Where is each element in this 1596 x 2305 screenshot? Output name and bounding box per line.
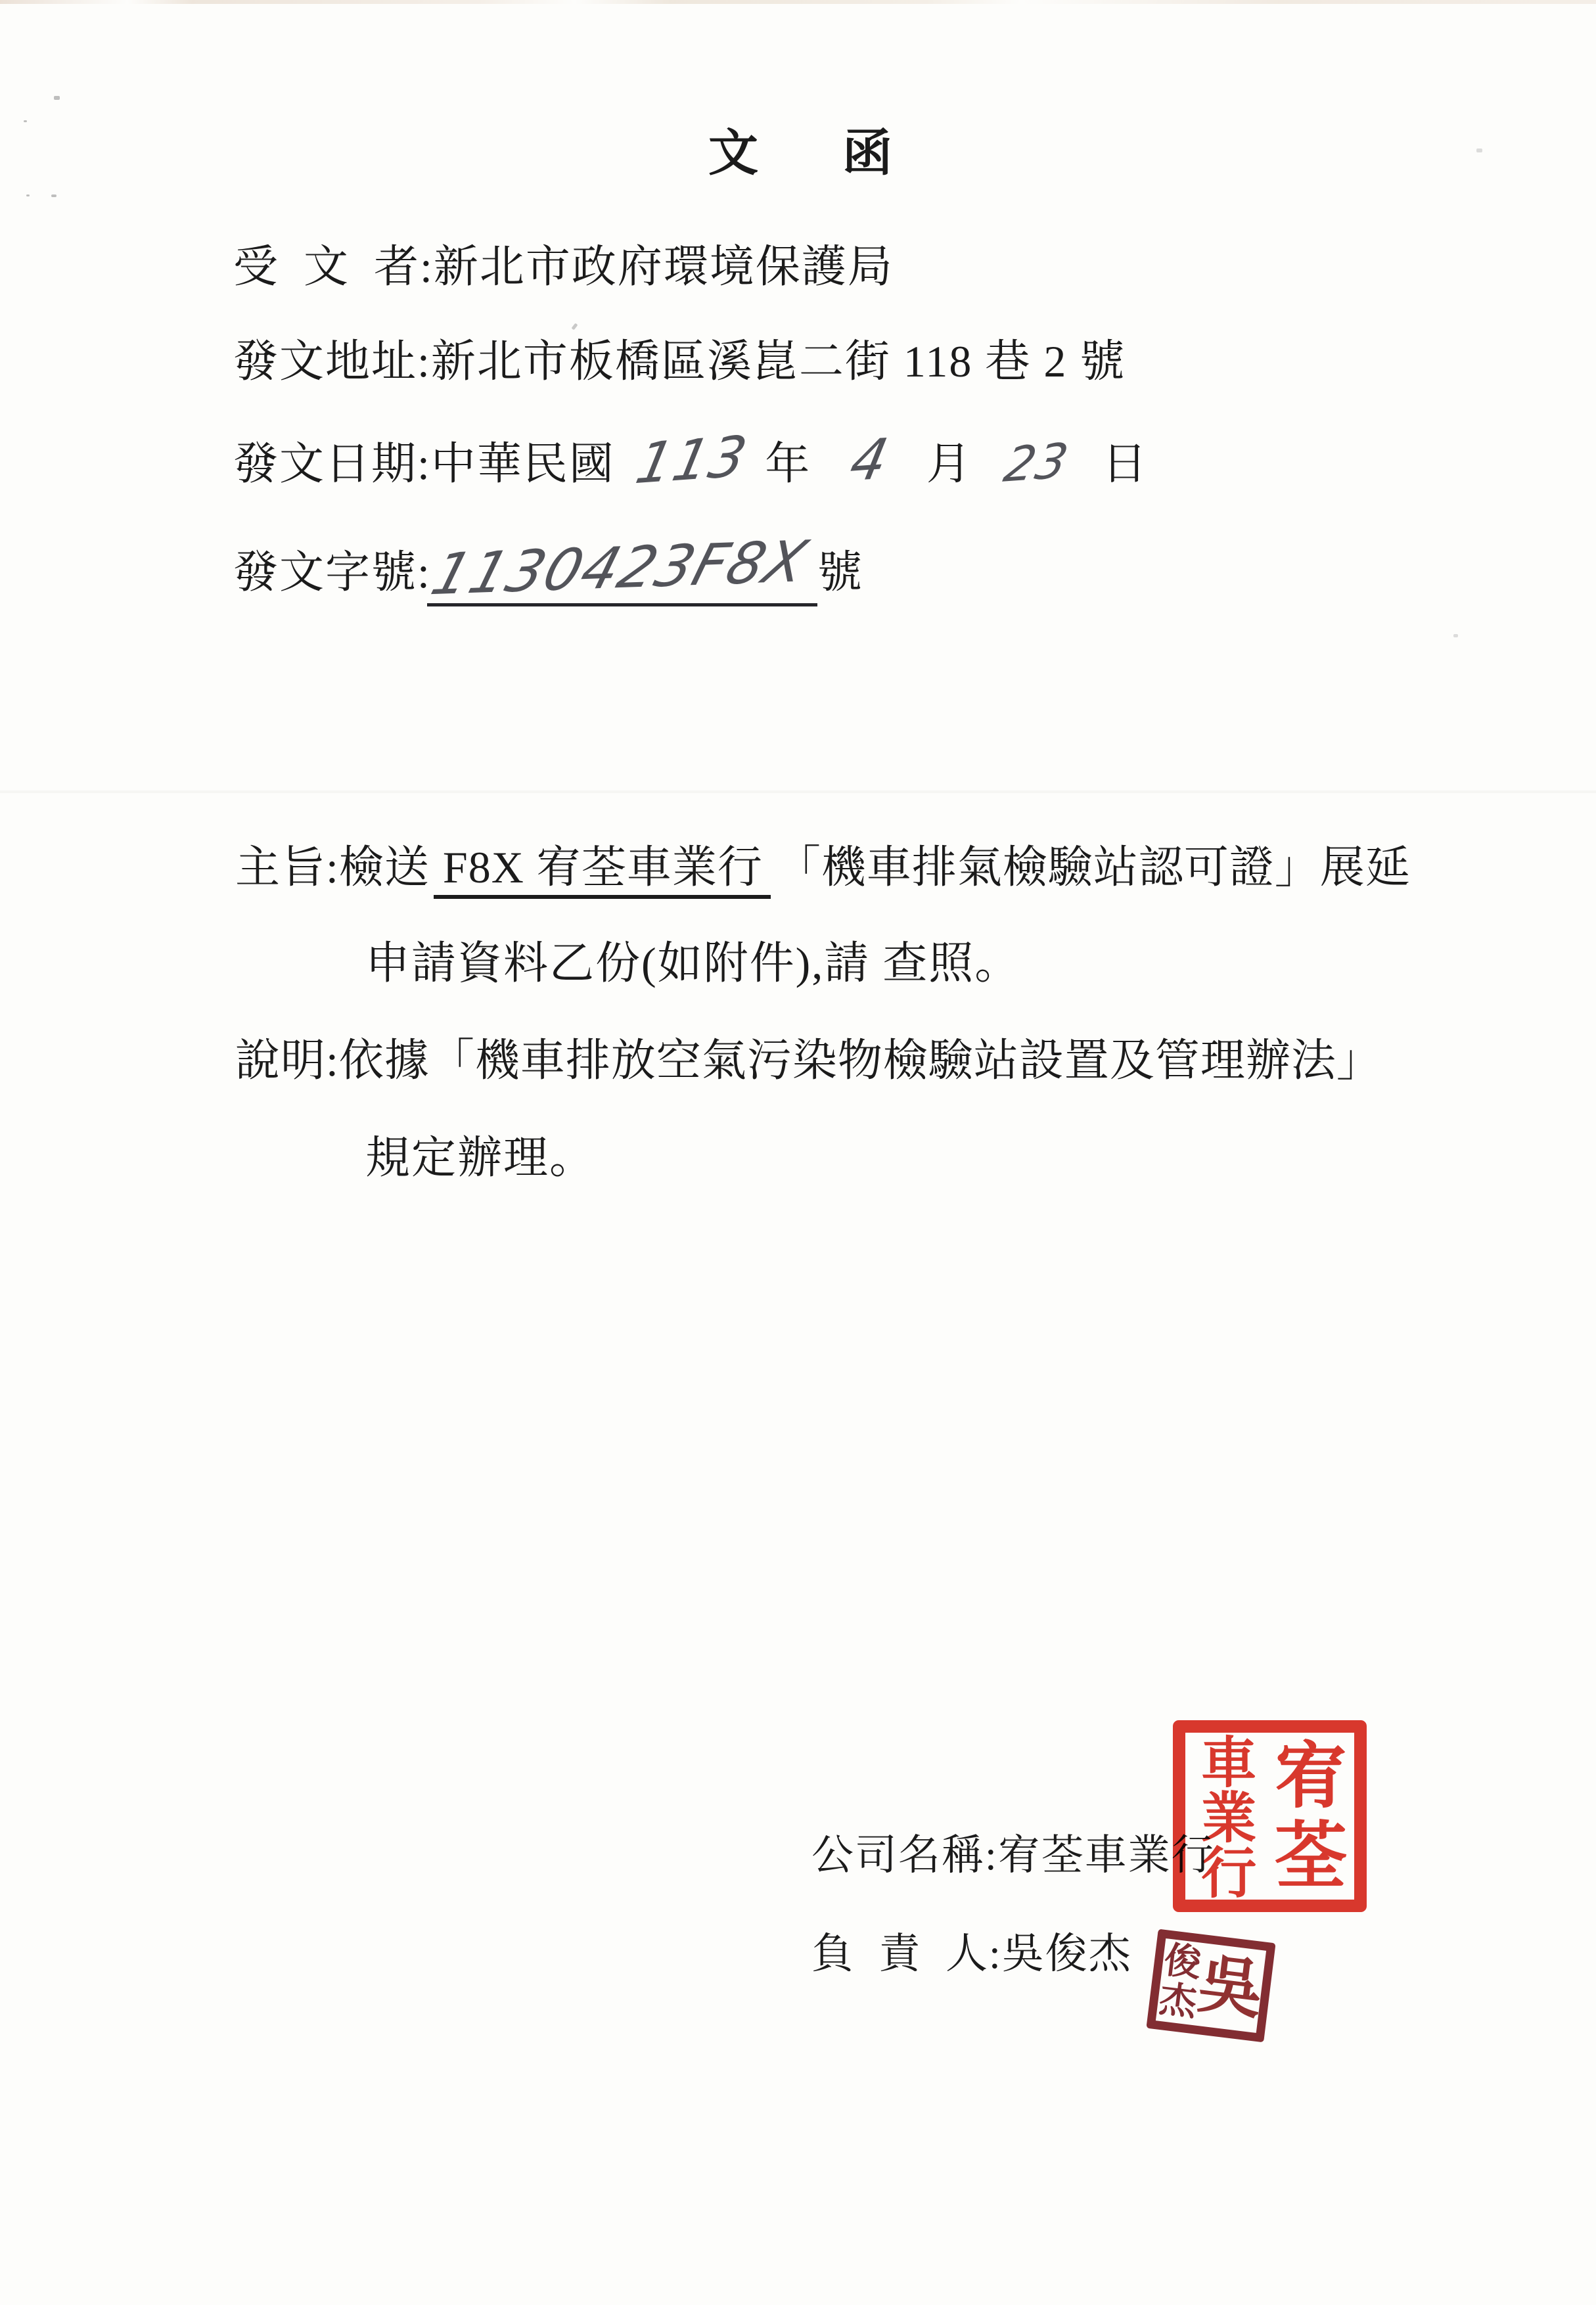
owner-value: 吳俊杰 — [1002, 1930, 1132, 1977]
owner-seal-main-char: 吳 — [1194, 1945, 1267, 2031]
explanation-line-2-text: 規定辦理。 — [365, 1133, 595, 1183]
ref-number-underline: 1130423F8X — [427, 540, 817, 606]
handwritten-day: 23 — [1000, 436, 1073, 489]
scan-speck — [571, 323, 578, 331]
scan-speck — [1476, 148, 1482, 152]
seal-char: 荃 — [1275, 1820, 1347, 1892]
recipient-value: 新北市政府環境保護局 — [434, 242, 894, 292]
seal-char: 杰 — [1157, 1981, 1198, 2022]
seal-char: 車 — [1201, 1737, 1256, 1792]
scan-speck — [54, 96, 60, 100]
scanner-edge-artifact — [0, 0, 1596, 4]
company-name-label: 公司名稱: — [811, 1832, 998, 1879]
subject-post-text: 「機車排氣檢驗站認可證」展延 — [776, 842, 1411, 892]
subject-line-1: 主旨:檢送F8X 宥荃車業行「機車排氣檢驗站認可證」展延 — [235, 845, 1411, 899]
document-title: 文 函 — [708, 129, 892, 179]
seal-char: 宥 — [1275, 1741, 1347, 1813]
owner-seal-stamp: 俊 杰 吳 — [1146, 1929, 1275, 2043]
explanation-line-1-text: 依據「機車排放空氣污染物檢驗站設置及管理辦法」 — [339, 1036, 1382, 1085]
scan-speck — [24, 120, 27, 122]
ref-number-line: 發文字號:1130423F8X號 — [233, 540, 863, 606]
recipient-line: 受 文 者:新北市政府環境保護局 — [233, 244, 894, 289]
owner-line: 負 責 人:吳俊杰 — [811, 1933, 1132, 1975]
subject-pre-text: 檢送 — [339, 842, 430, 892]
explanation-line-2: 規定辦理。 — [365, 1135, 595, 1180]
date-era: 中華民國 — [431, 439, 615, 489]
handwritten-year: 113 — [631, 428, 752, 491]
subject-underlined-text: F8X 宥荃車業行 — [434, 845, 771, 899]
address-value: 新北市板橋區溪崑二街 118 巷 2 號 — [431, 336, 1126, 386]
scan-speck — [1453, 634, 1458, 637]
subject-line-2-text: 申請資料乙份(如附件),請 查照。 — [365, 938, 1020, 988]
ref-number-label: 發文字號: — [233, 547, 431, 597]
handwritten-ref-number: 1130423F8X — [426, 534, 814, 604]
seal-char: 行 — [1201, 1847, 1256, 1902]
seal-char: 業 — [1201, 1792, 1256, 1847]
company-seal-stamp: 車 業 行 宥 荃 — [1173, 1720, 1367, 1912]
date-day-unit: 日 — [1102, 439, 1148, 489]
company-seal-left-column: 車 業 行 — [1188, 1737, 1270, 1896]
explanation-line-1: 說明:依據「機車排放空氣污染物檢驗站設置及管理辦法」 — [235, 1038, 1382, 1083]
date-year-unit: 年 — [765, 439, 811, 489]
company-name-line: 公司名稱:宥荃車業行 — [811, 1835, 1215, 1877]
date-label: 發文日期: — [233, 439, 431, 489]
explanation-label: 說明: — [235, 1036, 339, 1085]
owner-label: 負 責 人: — [811, 1930, 1002, 1977]
scan-speck — [51, 194, 57, 197]
scan-speck — [26, 194, 30, 196]
title-char-han: 函 — [842, 129, 892, 179]
address-label: 發文地址: — [233, 336, 431, 386]
date-month-unit: 月 — [926, 439, 972, 489]
date-line: 發文日期:中華民國113年4月23日 — [233, 432, 1148, 488]
scanned-letter-page: 文 函 受 文 者:新北市政府環境保護局 發文地址:新北市板橋區溪崑二街 118… — [0, 0, 1596, 2305]
address-line: 發文地址:新北市板橋區溪崑二街 118 巷 2 號 — [233, 339, 1126, 384]
company-seal-right-column: 宥 荃 — [1270, 1737, 1352, 1896]
ref-number-suffix: 號 — [817, 547, 863, 597]
subject-label: 主旨: — [235, 842, 339, 892]
paper-fold-line — [0, 790, 1596, 793]
handwritten-month: 4 — [846, 430, 894, 489]
title-char-wen: 文 — [708, 129, 758, 179]
seal-char: 俊 — [1162, 1942, 1203, 1982]
subject-line-2: 申請資料乙份(如附件),請 查照。 — [365, 941, 1020, 986]
seal-char: 吳 — [1195, 1952, 1266, 2024]
recipient-label: 受 文 者: — [233, 242, 434, 292]
